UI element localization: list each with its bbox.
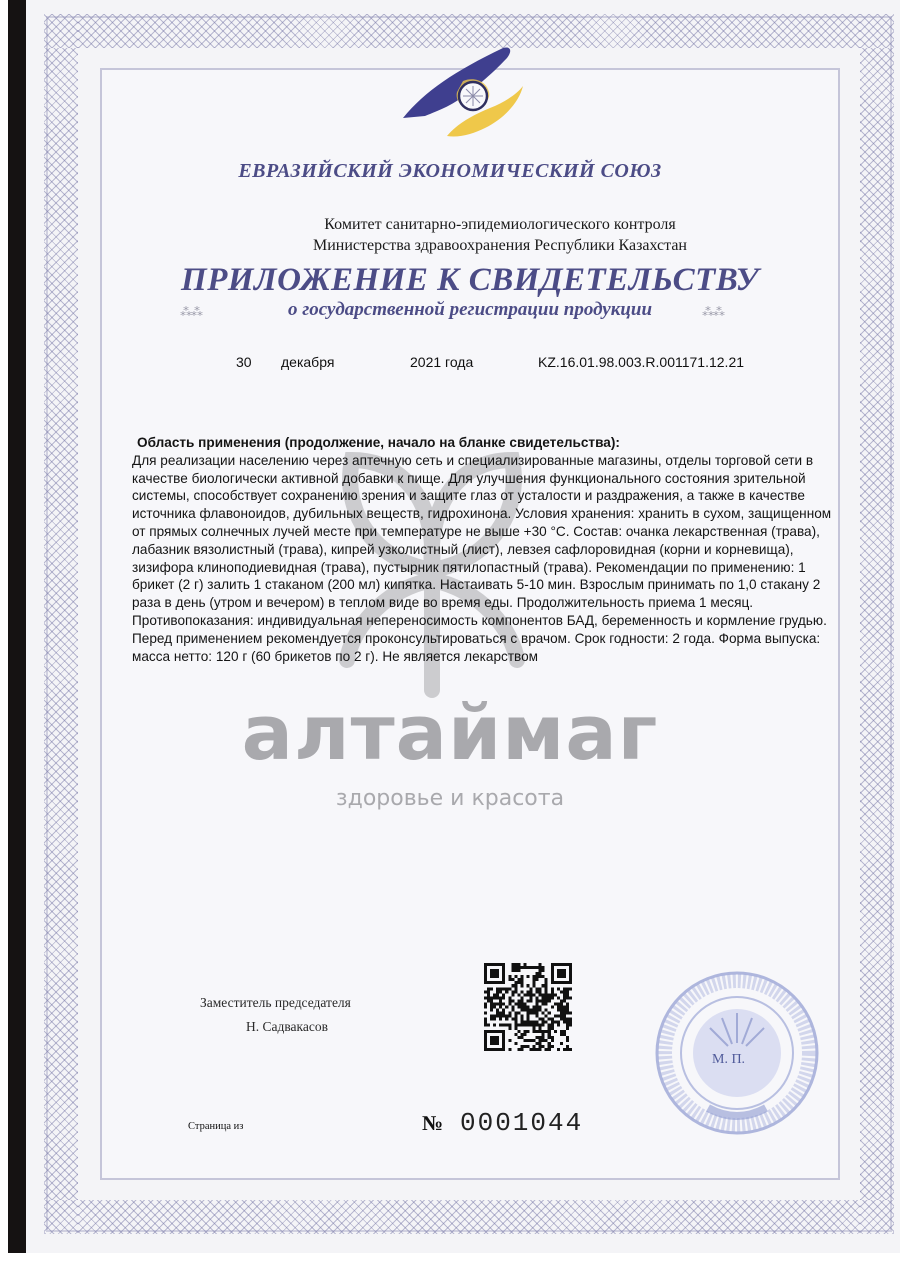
registration-year: 2021 года (410, 354, 473, 370)
security-mark-right: ⁂⁂ (702, 305, 724, 319)
issuing-committee: Комитет санитарно-эпидемиологического ко… (250, 214, 750, 256)
brand-watermark: алтаймаг (0, 688, 900, 777)
registration-day: 30 (236, 354, 252, 370)
scope-of-application: Область применения (продолжение, начало … (132, 434, 840, 665)
annex-title: ПРИЛОЖЕНИЕ К СВИДЕТЕЛЬСТВУ (0, 262, 900, 299)
signer-role: Заместитель председателя (200, 995, 351, 1011)
registration-month: декабря (281, 354, 334, 370)
committee-line-1: Комитет санитарно-эпидемиологического ко… (250, 214, 750, 235)
scope-text: Для реализации населению через аптечную … (132, 452, 840, 666)
registration-number: KZ.16.01.98.003.R.001171.12.21 (538, 354, 744, 370)
security-mark-left: ⁂⁂ (180, 305, 202, 319)
brand-tagline: здоровье и красота (0, 786, 900, 811)
seal-label: М. П. (712, 1052, 745, 1068)
scan-edge (8, 0, 26, 1253)
committee-line-2: Министерства здравоохранения Республики … (250, 235, 750, 256)
serial-number: 0001044 (460, 1108, 583, 1138)
eurasian-economic-union-emblem-icon (395, 36, 525, 141)
signer-name: Н. Садвакасов (246, 1019, 328, 1035)
number-sign: № (422, 1111, 443, 1136)
union-title: ЕВРАЗИЙСКИЙ ЭКОНОМИЧЕСКИЙ СОЮЗ (0, 160, 900, 183)
annex-subtitle: о государственной регистрации продукции (0, 299, 900, 321)
scope-heading: Область применения (продолжение, начало … (132, 434, 840, 452)
qr-code-icon[interactable] (484, 963, 572, 1051)
page-label: Страница из (188, 1121, 243, 1132)
